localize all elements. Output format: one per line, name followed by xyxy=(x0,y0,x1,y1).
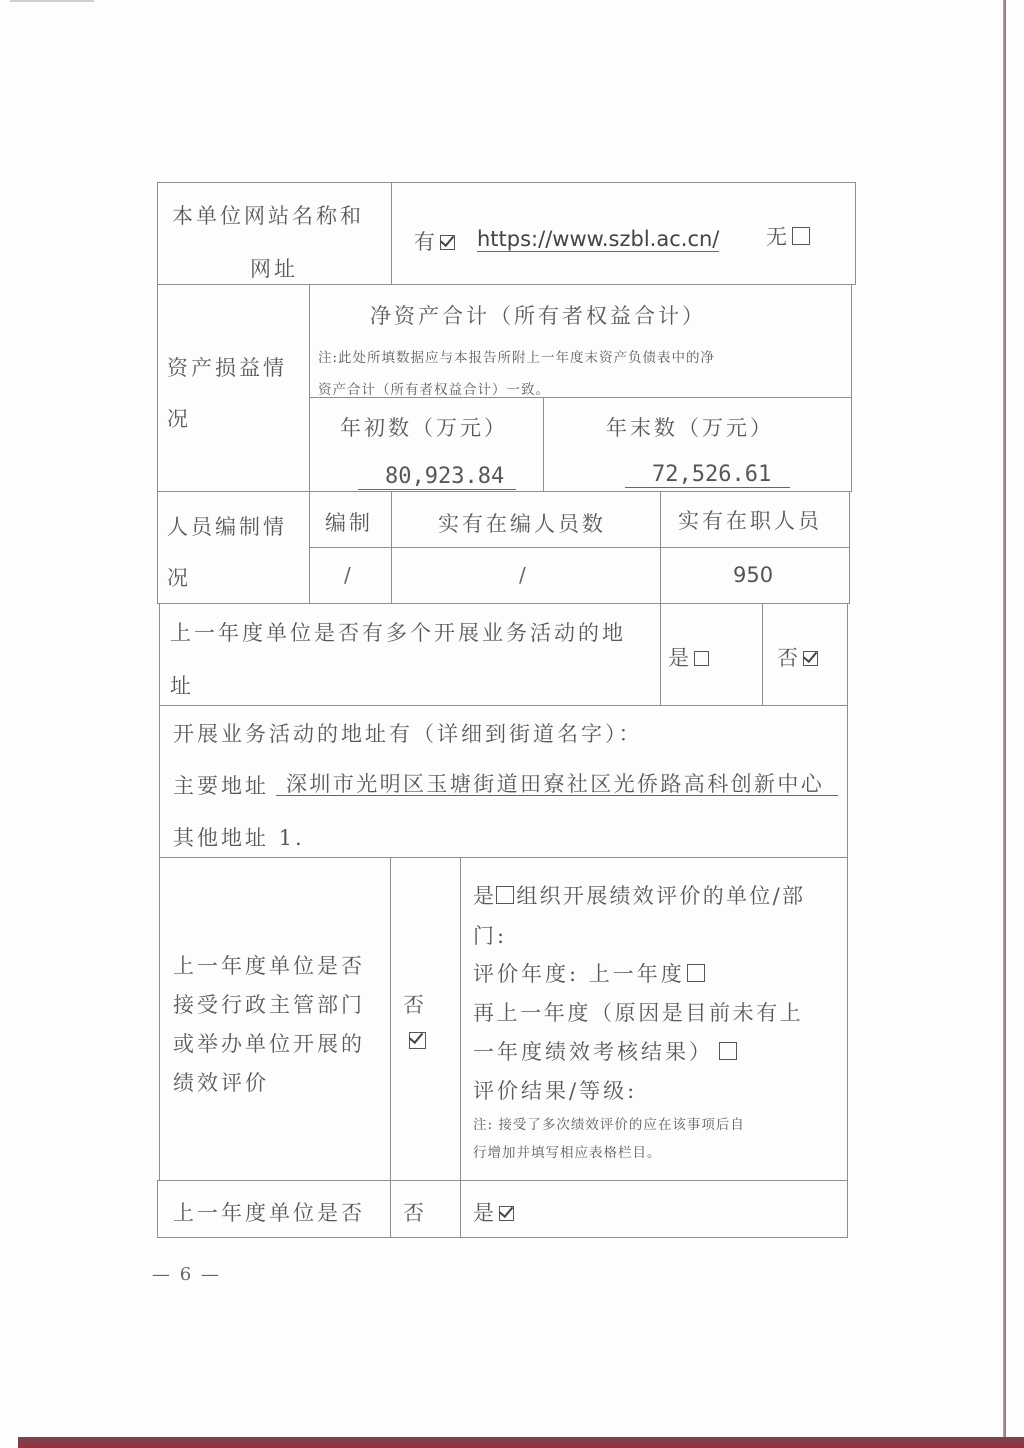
last-no-label: 否 xyxy=(403,1197,427,1227)
website-url[interactable]: https://www.szbl.ac.cn/ xyxy=(477,227,719,252)
website-has-checkbox[interactable] xyxy=(440,235,455,250)
addresses-heading: 开展业务活动的地址有（详细到街道名字）： xyxy=(173,718,643,748)
website-has-option[interactable]: 有 xyxy=(414,226,455,256)
assets-title: 净资产合计（所有者权益合计） xyxy=(370,300,706,330)
website-has-label: 有 xyxy=(414,230,438,254)
performance-yes-line1[interactable]: 是组织开展绩效评价的单位/部 xyxy=(473,880,805,910)
last-yes-option[interactable]: 是 xyxy=(473,1197,514,1227)
staffing-header-zaibian: 实有在编人员数 xyxy=(438,508,606,538)
last-yes-label: 是 xyxy=(473,1201,497,1225)
assets-end-underline xyxy=(625,487,790,488)
performance-prev-year-line2[interactable]: 一年度绩效考核结果） xyxy=(473,1036,737,1066)
performance-question-line4: 绩效评价 xyxy=(173,1067,269,1097)
performance-note-line1: 注: 接受了多次绩效评价的应在该事项后自 xyxy=(473,1113,745,1133)
assets-note-line1: 注:此处所填数据应与本报告所附上一年度末资产负债表中的净 xyxy=(318,346,715,366)
multi-address-yes-option[interactable]: 是 xyxy=(668,642,709,672)
addresses-other-label: 其他地址 1. xyxy=(173,822,305,852)
performance-prev-year-line1: 再上一年度（原因是目前未有上 xyxy=(473,997,803,1027)
staffing-label-line1: 人员编制情 xyxy=(167,511,287,541)
assets-begin-value: 80,923.84 xyxy=(385,464,504,489)
performance-note-line2: 行增加并填写相应表格栏目。 xyxy=(473,1141,662,1161)
staffing-label-line2: 况 xyxy=(167,562,191,592)
multi-address-yes-label: 是 xyxy=(668,646,692,670)
assets-end-label: 年末数（万元） xyxy=(606,412,774,442)
performance-yes-org-text: 组织开展绩效评价的单位/部 xyxy=(516,884,805,908)
performance-result-label: 评价结果/等级: xyxy=(473,1075,637,1105)
performance-yes-line2: 门: xyxy=(473,920,507,950)
staffing-value-bianzhi: / xyxy=(344,563,351,587)
addresses-main-underline xyxy=(276,795,838,796)
multi-address-no-option[interactable]: 否 xyxy=(777,642,818,672)
staffing-value-zaizhi: 950 xyxy=(733,563,773,587)
website-label-line2: 网址 xyxy=(250,253,298,283)
assets-end-value: 72,526.61 xyxy=(652,462,771,487)
page-edge-bottom xyxy=(18,1437,1024,1448)
website-label-line1: 本单位网站名称和 xyxy=(172,200,364,230)
staffing-header-zaizhi: 实有在职人员 xyxy=(678,505,822,535)
addresses-main-label: 主要地址 xyxy=(173,770,269,800)
staffing-header-bianzhi: 编制 xyxy=(325,507,373,537)
last-yes-checkbox[interactable] xyxy=(499,1206,514,1221)
assets-label-line1: 资产损益情 xyxy=(167,352,287,382)
performance-yes-checkbox[interactable] xyxy=(496,886,514,904)
performance-question-line3: 或举办单位开展的 xyxy=(173,1028,365,1058)
multi-address-question-line1: 上一年度单位是否有多个开展业务活动的地 xyxy=(170,617,626,647)
performance-no-label: 否 xyxy=(403,989,427,1019)
performance-eval-year-label: 评价年度: 上一年度 xyxy=(473,962,685,986)
assets-note-line2: 资产合计（所有者权益合计）一致。 xyxy=(318,378,550,398)
staffing-value-zaibian: / xyxy=(519,563,526,587)
assets-begin-label: 年初数（万元） xyxy=(340,412,508,442)
multi-address-question-line2: 址 xyxy=(170,670,194,700)
performance-prev-year-text: 一年度绩效考核结果） xyxy=(473,1040,713,1064)
performance-no-checkbox[interactable] xyxy=(409,1032,426,1049)
page-edge-right xyxy=(1003,0,1006,1440)
last-yes-cell xyxy=(460,1180,848,1238)
performance-yes-label: 是 xyxy=(473,884,496,908)
website-none-checkbox[interactable] xyxy=(792,227,810,245)
assets-begin-underline xyxy=(358,489,516,490)
addresses-main-value: 深圳市光明区玉塘街道田寮社区光侨路高科创新中心 xyxy=(286,768,824,798)
assets-label-cell xyxy=(157,284,310,492)
performance-question-line2: 接受行政主管部门 xyxy=(173,989,365,1019)
performance-no-cell xyxy=(390,857,461,1181)
staffing-value-1-cell xyxy=(391,547,661,604)
website-none-option[interactable]: 无 xyxy=(766,221,810,251)
last-question: 上一年度单位是否 xyxy=(173,1197,365,1227)
assets-label-line2: 况 xyxy=(167,403,191,433)
multi-address-no-label: 否 xyxy=(777,646,801,670)
multi-address-no-checkbox[interactable] xyxy=(803,651,818,666)
performance-eval-year-checkbox[interactable] xyxy=(687,964,705,982)
multi-address-yes-checkbox[interactable] xyxy=(694,651,709,666)
performance-prev-year-checkbox[interactable] xyxy=(719,1042,737,1060)
performance-eval-year[interactable]: 评价年度: 上一年度 xyxy=(473,958,705,988)
page-number: — 6 — xyxy=(152,1264,221,1285)
website-none-label: 无 xyxy=(766,225,790,249)
performance-question-cell xyxy=(159,857,391,1181)
page-edge-top xyxy=(10,0,94,2)
performance-question-line1: 上一年度单位是否 xyxy=(173,950,365,980)
